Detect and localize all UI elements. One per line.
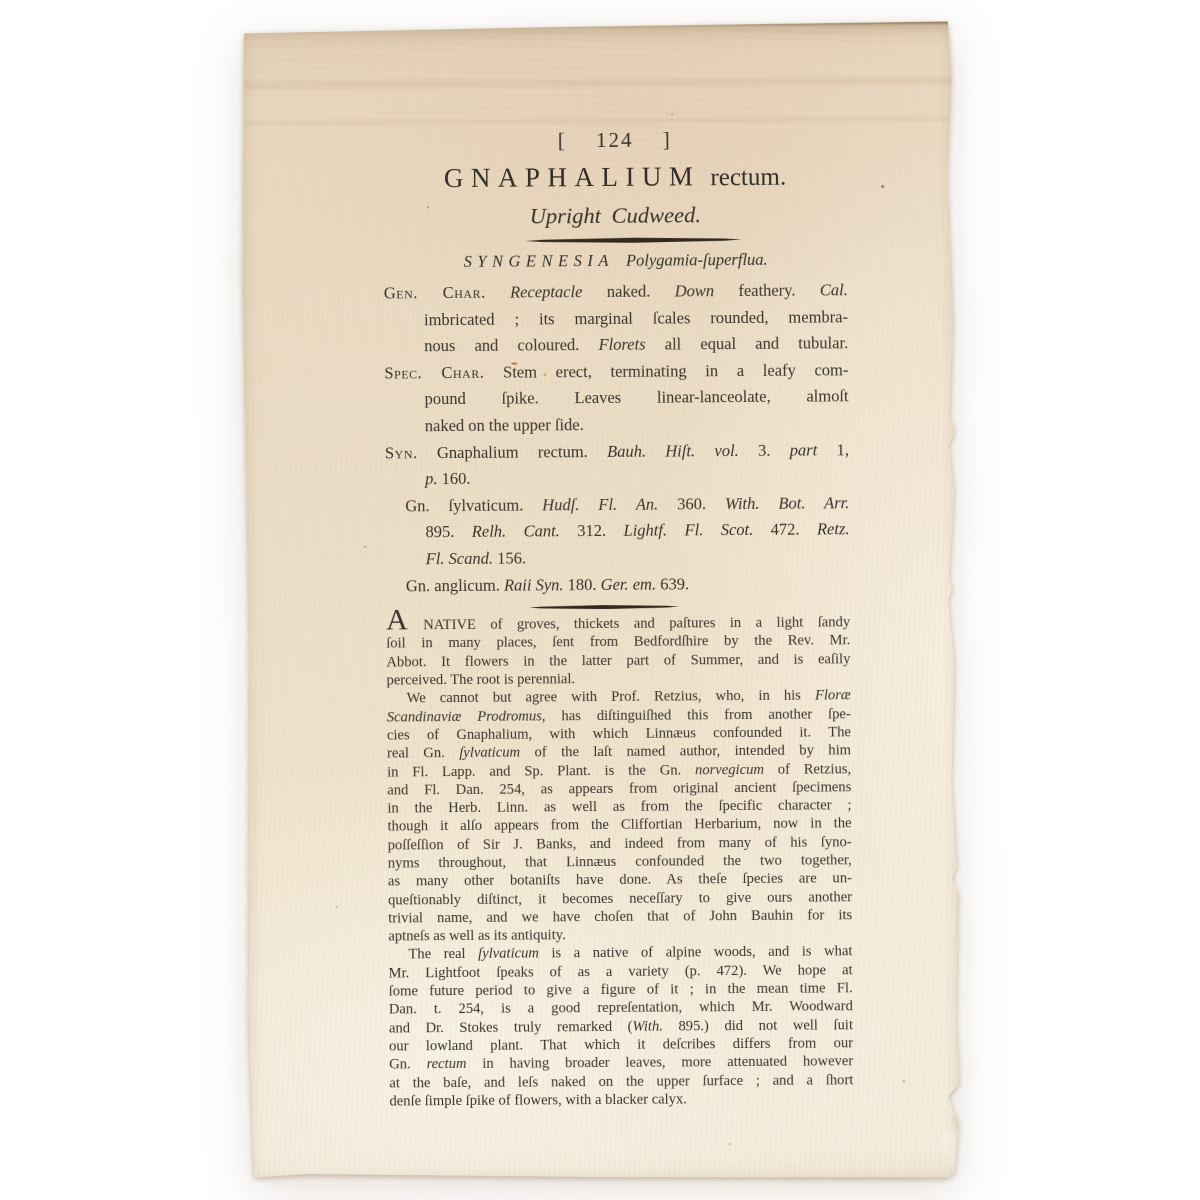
paragraph: We cannot but agree with Prof. Retzius, … bbox=[387, 687, 853, 946]
classification-line: SYNGENESIA Polygamia-ſuperflua. bbox=[384, 249, 848, 272]
text-line: 895. Relh. Cant. 312. Lightf. Fl. Scot. … bbox=[385, 517, 849, 547]
text-line: p. 160. bbox=[385, 463, 849, 493]
text-line: nous and coloured. Florets all equal and… bbox=[384, 330, 848, 360]
text-line: denſe ſimple ſpike of flowers, with a bl… bbox=[389, 1089, 853, 1111]
divider-rule-top bbox=[525, 237, 741, 244]
body-text-block: A NATIVE of groves, thickets and paſture… bbox=[386, 613, 853, 1110]
text-line: Gn. anglicum. Raii Syn. 180. Ger. em. 63… bbox=[386, 570, 850, 600]
book-page: [ 124 ] GNAPHALIUM rectum. Upright Cudwe… bbox=[240, 22, 960, 1185]
order-name: Polygamia-ſuperflua. bbox=[626, 250, 768, 270]
text-line: trivial name, and we have choſen that of… bbox=[388, 906, 852, 928]
text-line: Gen. Char. Receptacle naked. Down feathe… bbox=[384, 277, 848, 307]
text-line: pound ſpike. Leaves linear-lanceolate, a… bbox=[384, 384, 848, 414]
text-line: Abbot. It flowers in the latter part of … bbox=[386, 650, 850, 672]
page-content: [ 124 ] GNAPHALIUM rectum. Upright Cudwe… bbox=[240, 22, 960, 1185]
text-line: at the baſe, and leſs naked on the upper… bbox=[389, 1071, 853, 1093]
initial-capital: A bbox=[386, 603, 409, 636]
class-name: SYNGENESIA bbox=[463, 251, 613, 271]
text-line: Fl. Scand. 156. bbox=[386, 543, 850, 573]
genus-title: GNAPHALIUM bbox=[444, 161, 701, 193]
text-line: imbricated ; its marginal ſcales rounded… bbox=[384, 304, 848, 334]
page-title: GNAPHALIUM rectum. bbox=[383, 159, 847, 199]
paragraph: A NATIVE of groves, thickets and paſture… bbox=[386, 613, 850, 689]
divider-rule-middle bbox=[529, 605, 679, 610]
text-line: Gn. ſylvaticum. Hudſ. Fl. An. 360. With.… bbox=[385, 490, 849, 520]
descriptors-block: Gen. Char. Receptacle naked. Down feathe… bbox=[384, 277, 850, 599]
scan-background: [ 124 ] GNAPHALIUM rectum. Upright Cudwe… bbox=[0, 0, 1200, 1200]
page-number: [ 124 ] bbox=[383, 126, 847, 153]
common-name: Upright Cudweed. bbox=[383, 199, 847, 231]
species-title: rectum. bbox=[710, 164, 786, 192]
text-line: Syn. Gnaphalium rectum. Bauh. Hiſt. vol.… bbox=[385, 437, 849, 467]
text-line: Spec. Char. Stem erect, terminating in a… bbox=[384, 357, 848, 387]
book-page-wrap: [ 124 ] GNAPHALIUM rectum. Upright Cudwe… bbox=[240, 22, 960, 1185]
paragraph: The real ſylvaticum is a native of alpin… bbox=[388, 943, 853, 1111]
text-line: naked on the upper ſide. bbox=[385, 410, 849, 440]
